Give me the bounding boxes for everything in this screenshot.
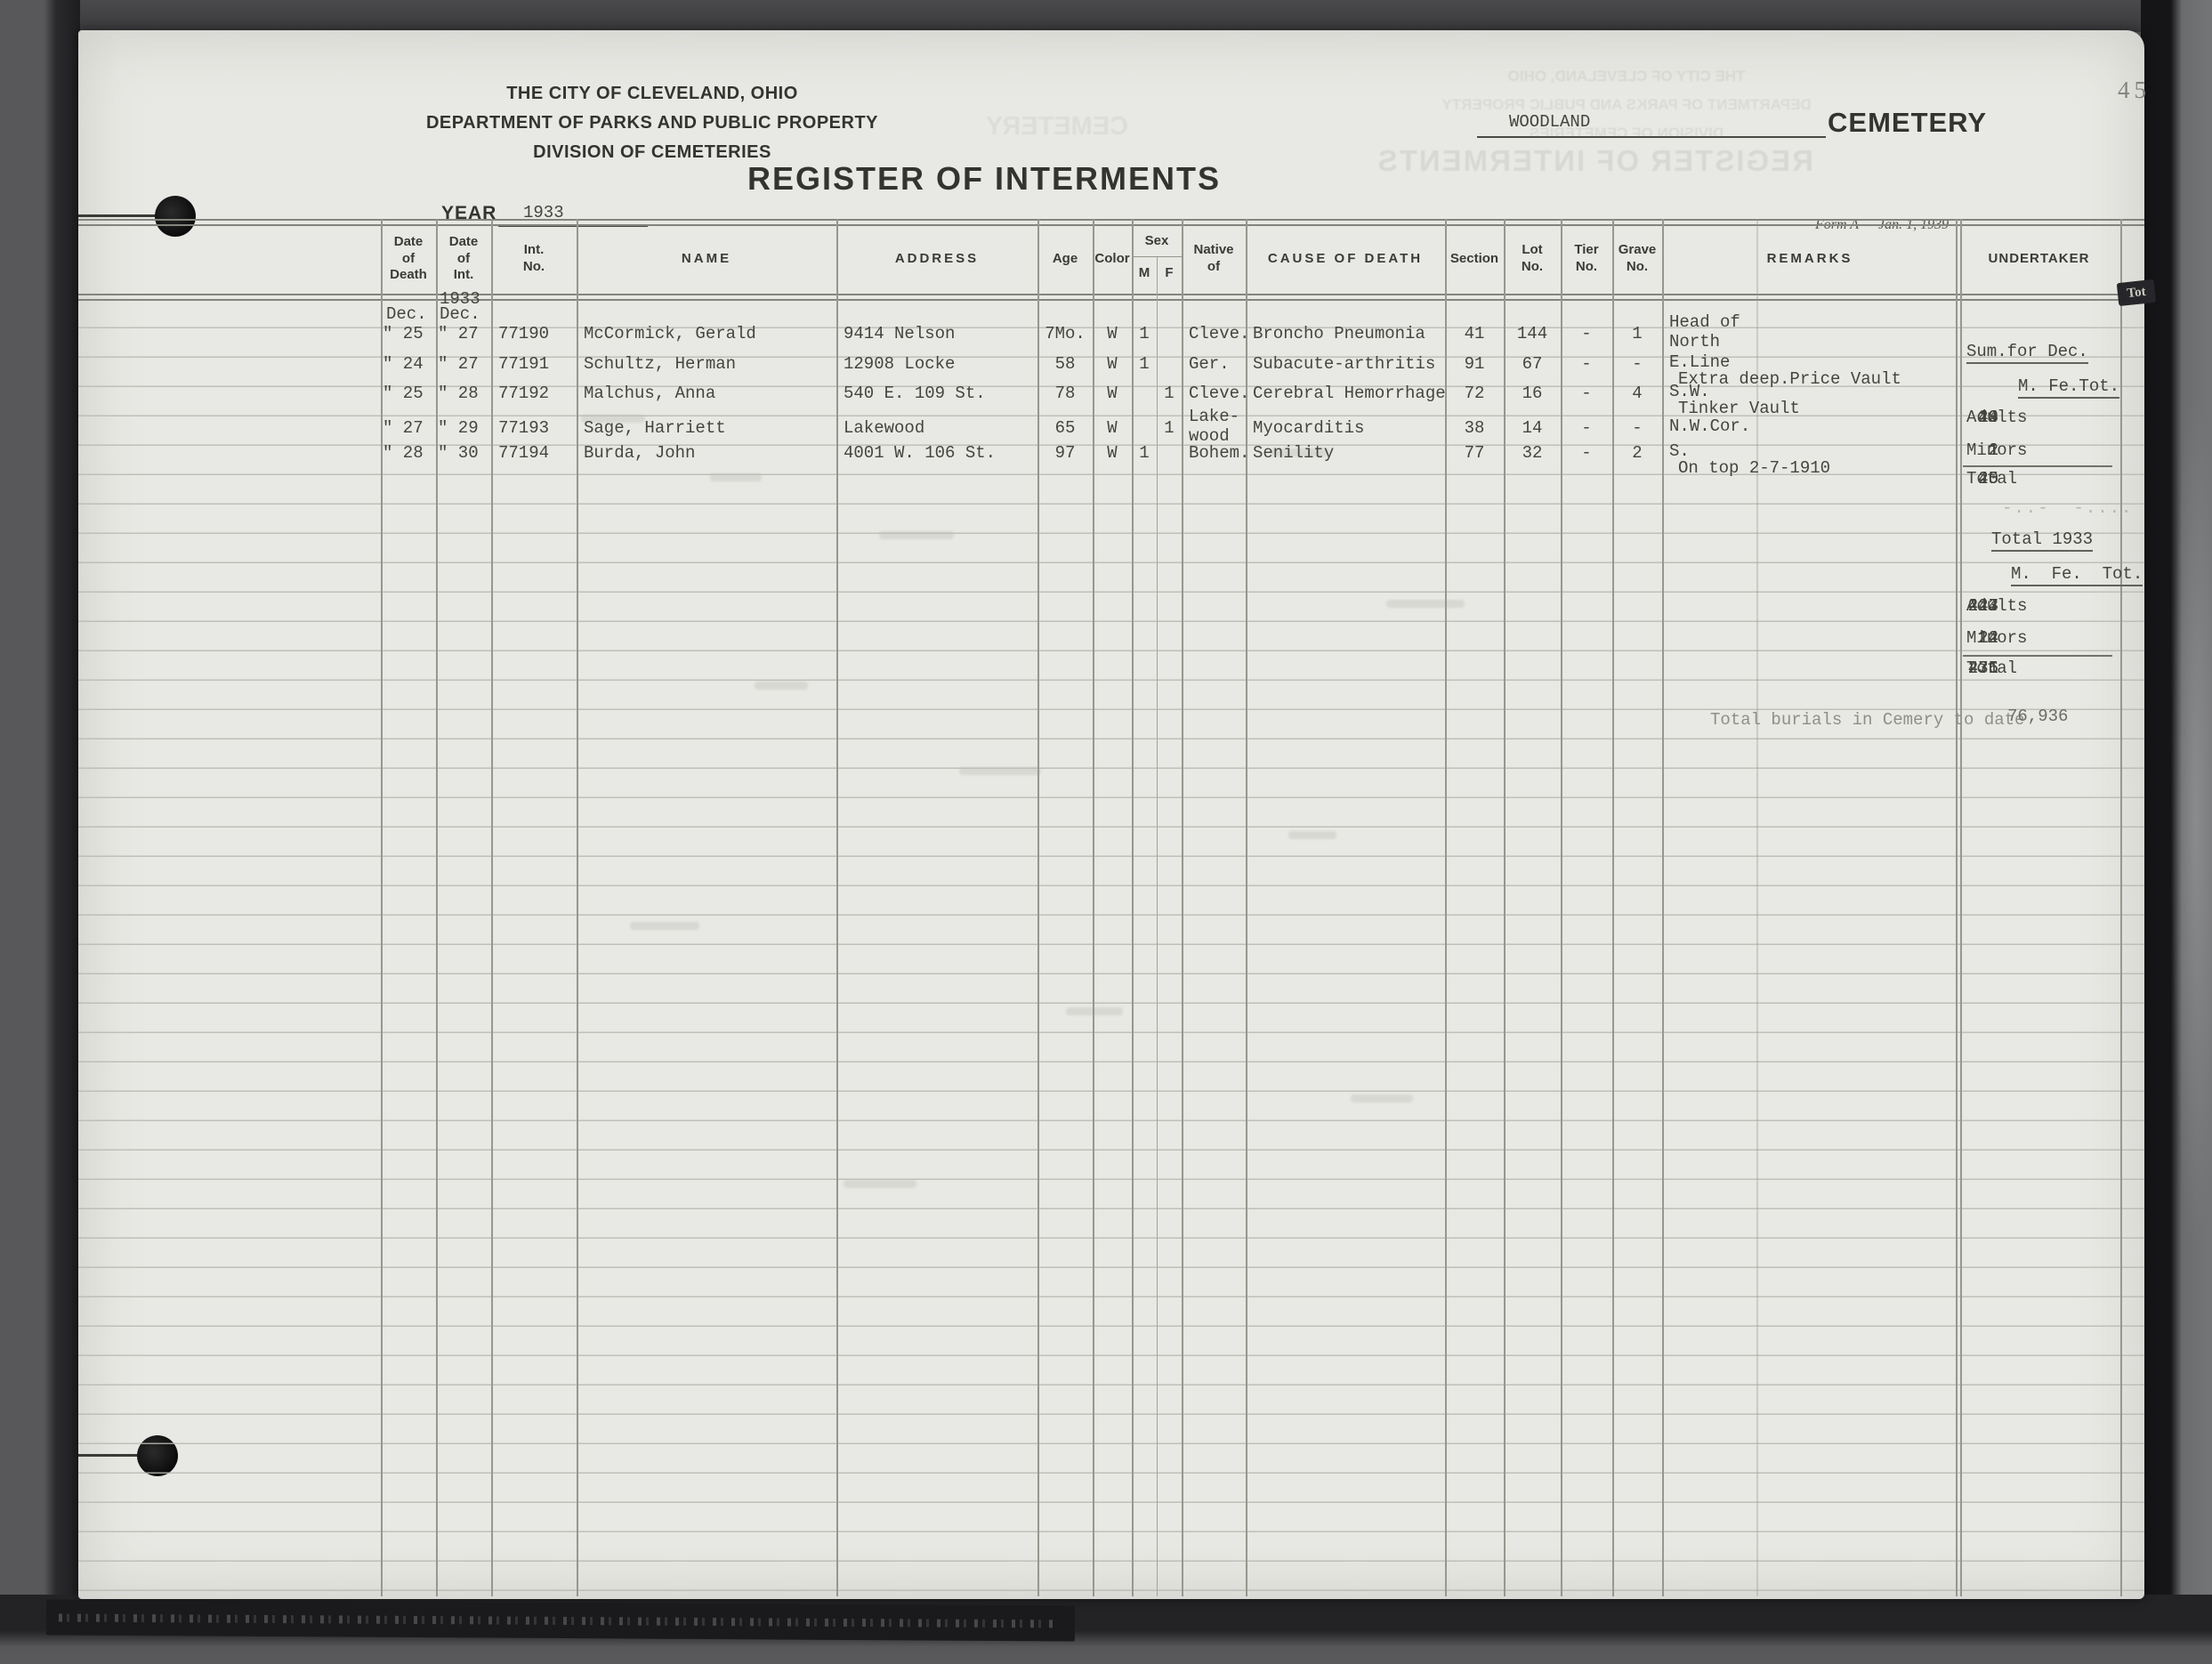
cell-grave-no: 2 xyxy=(1612,438,1662,468)
cell-name: Malchus, Anna xyxy=(577,378,836,408)
summary-dashes: -..- -.... xyxy=(1966,498,2160,521)
col-header-remarks: REMARKS xyxy=(1662,251,1958,268)
summary-year-columns: M. Fe. Tot. xyxy=(1966,564,2169,587)
cell-tier-no: - xyxy=(1561,319,1612,349)
cell-sex-m: 1 xyxy=(1132,319,1157,349)
binder-hole-top xyxy=(155,196,196,237)
cell-native-of: Cleve. xyxy=(1182,378,1246,408)
summary-month-minors: Minors112 xyxy=(1966,440,2125,464)
table-top-rule xyxy=(78,219,2144,221)
summary-rule xyxy=(1963,465,2112,467)
cell-interment-no: 77194 xyxy=(491,438,577,468)
cell-sex-m: 1 xyxy=(1132,349,1157,379)
remark-text: On top 2-7-1910 xyxy=(1662,453,1830,483)
summary-month-adults: Adults192443 xyxy=(1966,408,2125,431)
summary-year-title: Total 1933 xyxy=(1966,529,2150,553)
page-number: 45 xyxy=(2118,77,2151,104)
microfilm-label-text-illegible xyxy=(59,1614,1055,1628)
col-header-address: ADDRESS xyxy=(836,251,1037,268)
col-header-date-of-interment: Date of Int. xyxy=(436,234,491,284)
cell-age: 7Mo. xyxy=(1037,319,1093,349)
col-header-cause-of-death: CAUSE OF DEATH xyxy=(1246,251,1445,268)
cell-tier-no: - xyxy=(1561,349,1612,379)
cell-interment-no: 77192 xyxy=(491,378,577,408)
cell-color: W xyxy=(1093,319,1132,349)
bleedthrough-org-text: THE CITY OF CLEVELAND, OHIO DEPARTMENT O… xyxy=(1413,62,1840,148)
year-label: YEAR xyxy=(441,203,496,224)
cell-cause-of-death: Broncho Pneumonia xyxy=(1246,319,1445,349)
cell-address: 540 E. 109 St. xyxy=(836,378,1037,408)
table-header-row: Date of Death Date of Int. Int. No. NAME… xyxy=(381,224,2120,294)
cell-cause-of-death: Subacute-arthritis xyxy=(1246,349,1445,379)
summary-year-minors: Minors121224 xyxy=(1966,628,2125,651)
summary-total-count: 24 xyxy=(1966,628,1998,648)
cell-color: W xyxy=(1093,438,1132,468)
cell-sex-f: 1 xyxy=(1157,378,1182,408)
grave-location: N.W.Cor. xyxy=(1662,416,1762,436)
register-row: " 24 " 27 77191 Schultz, Herman 12908 Lo… xyxy=(381,349,2120,379)
register-row: " 25 " 27 77190 McCormick, Gerald 9414 N… xyxy=(381,319,2120,349)
cell-address: 12908 Locke xyxy=(836,349,1037,379)
cell-lot-no: 16 xyxy=(1504,378,1561,408)
cell-name: Burda, John xyxy=(577,438,836,468)
col-header-sex-group: Sex M F xyxy=(1132,226,1182,294)
microfilm-label-strip xyxy=(46,1599,1075,1641)
page-curl-highlight xyxy=(2171,383,2212,1255)
cell-color: W xyxy=(1093,378,1132,408)
grave-location: Head of North xyxy=(1662,312,1762,351)
summary-year-total: Total235236471 xyxy=(1966,658,2125,682)
scanned-register-page: THE CITY OF CLEVELAND, OHIO DEPARTMENT O… xyxy=(0,0,2212,1664)
register-row: " 25 " 28 77192 Malchus, Anna 540 E. 109… xyxy=(381,378,2120,408)
cell-date-of-death: " 28 xyxy=(381,438,436,468)
col-header-sex: Sex xyxy=(1132,233,1182,248)
cell-date-of-death: " 24 xyxy=(381,349,436,379)
cell-lot-no: 144 xyxy=(1504,319,1561,349)
cell-age: 97 xyxy=(1037,438,1093,468)
cell-native-of: Bohem. xyxy=(1182,438,1246,468)
cell-name: McCormick, Gerald xyxy=(577,319,836,349)
cell-section: 72 xyxy=(1445,378,1504,408)
cell-date-of-interment: " 27 xyxy=(436,319,491,349)
summary-year-title-text: Total 1933 xyxy=(1991,529,2093,552)
scan-top-edge xyxy=(0,0,2212,32)
summary-total-count: 447 xyxy=(1966,596,1998,616)
col-header-interment-no: Int. No. xyxy=(491,242,577,276)
cell-native-of: Cleve. xyxy=(1182,319,1246,349)
col-header-lot-no: Lot No. xyxy=(1504,242,1561,276)
ledger-sheet: THE CITY OF CLEVELAND, OHIO DEPARTMENT O… xyxy=(78,30,2144,1599)
cell-age: 78 xyxy=(1037,378,1093,408)
bleedthrough-title-text: REGISTER OF INTERMENTS xyxy=(1315,144,1813,178)
col-header-age: Age xyxy=(1037,251,1093,268)
cell-age: 58 xyxy=(1037,349,1093,379)
summary-month-columns-text: M. Fe.Tot. xyxy=(2018,376,2119,399)
summary-month-columns: M. Fe.Tot. xyxy=(1966,376,2176,400)
cell-native-of: Ger. xyxy=(1182,349,1246,379)
cell-lot-no: 67 xyxy=(1504,349,1561,379)
cell-address: 9414 Nelson xyxy=(836,319,1037,349)
summary-rule xyxy=(1963,655,2112,657)
register-row: " 27 " 29 77193 Sage, Harriett Lakewood … xyxy=(381,408,2120,439)
ruled-lines xyxy=(78,299,2144,1594)
col-header-sex-f-label: F xyxy=(1144,265,1194,280)
register-row: " 28 " 30 77194 Burda, John 4001 W. 106 … xyxy=(381,438,2120,468)
cell-date-of-interment: " 27 xyxy=(436,349,491,379)
cell-interment-no: 77191 xyxy=(491,349,577,379)
cell-cause-of-death: Senility xyxy=(1246,438,1445,468)
cell-cause-of-death: Cerebral Hemorrhage xyxy=(1246,378,1445,408)
cell-lot-no: 32 xyxy=(1504,438,1561,468)
cell-date-of-interment: " 30 xyxy=(436,438,491,468)
cemetery-name-value: WOODLAND xyxy=(1509,112,1590,132)
summary-total-count: 45 xyxy=(1966,469,1998,489)
cell-section: 91 xyxy=(1445,349,1504,379)
summary-total-count: 2 xyxy=(1966,440,1998,460)
cell-date-of-death: " 25 xyxy=(381,319,436,349)
tot-stamp-fragment: Tot xyxy=(2117,279,2156,306)
cemetery-label: CEMETERY xyxy=(1828,107,1987,139)
org-dept-line: DEPARTMENT OF PARKS AND PUBLIC PROPERTY xyxy=(314,113,990,133)
cell-tier-no: - xyxy=(1561,378,1612,408)
summary-year-columns-text: M. Fe. Tot. xyxy=(2011,564,2143,586)
cell-date-of-interment: " 28 xyxy=(436,378,491,408)
cell-date-of-death: " 25 xyxy=(381,378,436,408)
col-header-grave-no: Grave No. xyxy=(1612,242,1662,276)
cell-grave-no: 4 xyxy=(1612,378,1662,408)
cell-grave-no: - xyxy=(1612,349,1662,379)
grand-total-label: Total burials in Cemery to date xyxy=(1710,710,2024,730)
col-header-section: Section xyxy=(1445,251,1504,268)
summary-total-count: 43 xyxy=(1966,408,1998,427)
col-header-tier-no: Tier No. xyxy=(1561,242,1612,276)
grand-total-value: 76,936 xyxy=(2007,707,2068,726)
summary-total-count: 471 xyxy=(1966,658,1998,678)
sex-header-underline xyxy=(1132,256,1182,257)
col-header-date-of-death: Date of Death xyxy=(381,234,436,284)
header-bottom-rule xyxy=(78,294,2144,295)
cell-tier-no: - xyxy=(1561,438,1612,468)
summary-year-adults: Adults223224447 xyxy=(1966,596,2125,619)
cell-sex-m: 1 xyxy=(1132,438,1157,468)
cell-address: 4001 W. 106 St. xyxy=(836,438,1037,468)
col-header-undertaker: UNDERTAKER xyxy=(1958,251,2120,268)
cell-grave-no: 1 xyxy=(1612,319,1662,349)
cell-section: 41 xyxy=(1445,319,1504,349)
cell-color: W xyxy=(1093,349,1132,379)
summary-month-title-text: Sum.for Dec. xyxy=(1966,342,2088,364)
cell-interment-no: 77190 xyxy=(491,319,577,349)
cell-section: 77 xyxy=(1445,438,1504,468)
book-gutter-edge xyxy=(0,0,80,1664)
summary-block: Sum.for Dec. M. Fe.Tot. Adults192443 Min… xyxy=(1958,333,2127,707)
summary-month-title: Sum.for Dec. xyxy=(1966,342,2125,365)
summary-month-total: Total202545 xyxy=(1966,469,2125,492)
col-header-name: NAME xyxy=(577,251,836,268)
cemetery-underline xyxy=(1477,136,1826,138)
cell-name: Schultz, Herman xyxy=(577,349,836,379)
binder-thread xyxy=(78,214,158,217)
register-title: REGISTER OF INTERMENTS xyxy=(747,160,1221,198)
org-name-line: THE CITY OF CLEVELAND, OHIO xyxy=(314,84,990,104)
